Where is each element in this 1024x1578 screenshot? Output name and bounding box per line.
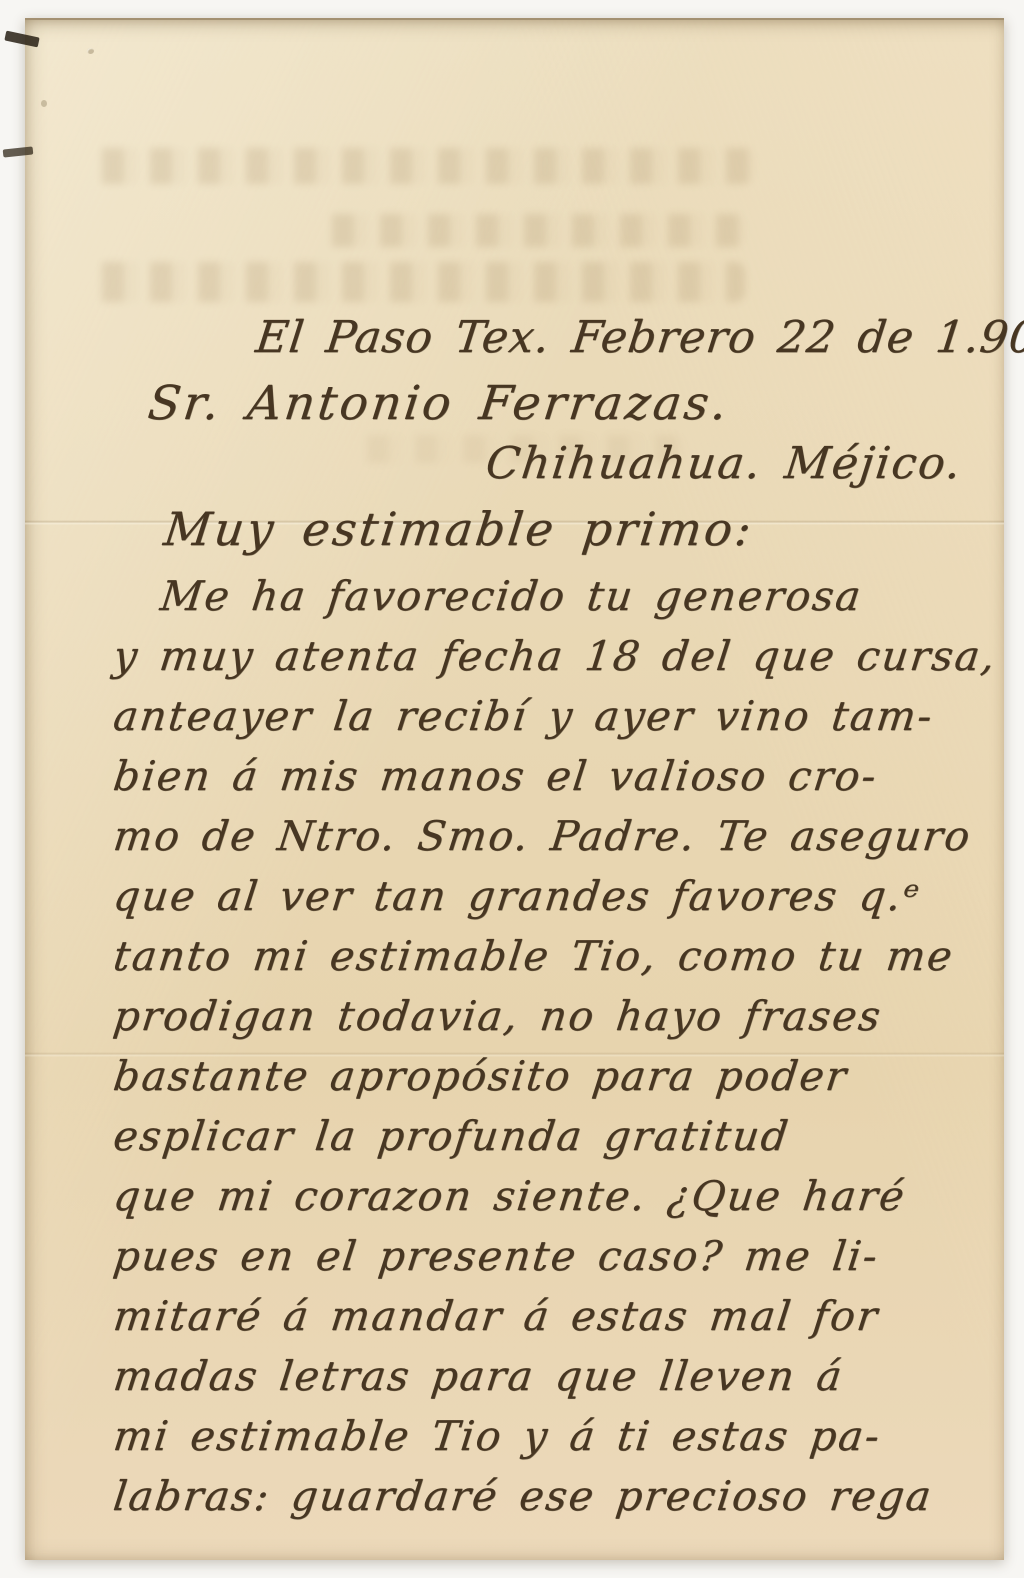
letter-line-text: bastante apropósito para poder [110, 1046, 851, 1106]
letter-body: Me ha favorecido tu generosa y muy atent… [25, 566, 1004, 1526]
letter-line: bien á mis manos el valioso cro- [25, 746, 1004, 806]
letter-line-text: que al ver tan grandes favores q.ᵉ [110, 866, 924, 926]
letter-line: que al ver tan grandes favores q.ᵉ [25, 866, 1004, 926]
letter-line-text: que mi corazon siente. ¿Que haré [110, 1166, 909, 1226]
dateline-text: El Paso Tex. Febrero 22 de 1.901 [253, 312, 1024, 363]
letter-line-text: Me ha favorecido tu generosa [157, 566, 866, 626]
letter-line: tanto mi estimable Tio, como tu me [25, 926, 1004, 986]
paper-flaw [87, 48, 94, 54]
letter-recipient-location: Chihuahua. Méjico. [483, 438, 959, 489]
letter-line: que mi corazon siente. ¿Que haré [25, 1166, 1004, 1226]
scan-edge-mark [3, 146, 34, 157]
letter-dateline: El Paso Tex. Febrero 22 de 1.901 [253, 312, 1024, 363]
letter-line: prodigan todavia, no hayo frases [25, 986, 1004, 1046]
letter-line-text: esplicar la profunda gratitud [110, 1106, 793, 1166]
letter-line: bastante apropósito para poder [25, 1046, 1004, 1106]
letter-line-text: bien á mis manos el valioso cro- [110, 746, 881, 806]
letter-line-text: prodigan todavia, no hayo frases [110, 986, 885, 1046]
letter-line-text: y muy atenta fecha 18 del que cursa, [110, 626, 1000, 686]
ink-bleedthrough-band [90, 148, 755, 184]
letter-recipient: Sr. Antonio Ferrazas. [145, 376, 726, 431]
letter-line: y muy atenta fecha 18 del que cursa, [25, 626, 1004, 686]
location-text: Chihuahua. Méjico. [483, 438, 965, 489]
letter-page: El Paso Tex. Febrero 22 de 1.901 Sr. Ant… [25, 18, 1004, 1560]
letter-line: mitaré á mandar á estas mal for [25, 1286, 1004, 1346]
recipient-text: Sr. Antonio Ferrazas. [145, 376, 733, 431]
letter-line-text: anteayer la recibí y ayer vino tam- [110, 686, 937, 746]
letter-line: esplicar la profunda gratitud [25, 1106, 1004, 1166]
letter-line-text: labras: guardaré ese precioso rega [110, 1466, 936, 1526]
letter-line: madas letras para que lleven á [25, 1346, 1004, 1406]
letter-line: anteayer la recibí y ayer vino tam- [25, 686, 1004, 746]
salutation-text: Muy estimable primo: [161, 502, 757, 556]
letter-line-text: pues en el presente caso? me li- [110, 1226, 882, 1286]
letter-line: mo de Ntro. Smo. Padre. Te aseguro [25, 806, 1004, 866]
letter-line-text: tanto mi estimable Tio, como tu me [110, 926, 957, 986]
letter-line-text: mi estimable Tio y á ti estas pa- [110, 1406, 885, 1466]
letter-line: mi estimable Tio y á ti estas pa- [25, 1406, 1004, 1466]
letter-line-text: mitaré á mandar á estas mal for [110, 1286, 882, 1346]
letter-line: pues en el presente caso? me li- [25, 1226, 1004, 1286]
letter-line-text: madas letras para que lleven á [110, 1346, 847, 1406]
letter-line: labras: guardaré ese precioso rega [25, 1466, 1004, 1526]
ink-bleedthrough-band [90, 262, 745, 302]
scan-edge-mark [4, 31, 39, 48]
paper-flaw [41, 100, 47, 107]
letter-line-text: mo de Ntro. Smo. Padre. Te aseguro [110, 806, 975, 866]
letter-line: Me ha favorecido tu generosa [25, 566, 1004, 626]
letter-salutation: Muy estimable primo: [161, 502, 750, 556]
ink-bleedthrough-band [320, 214, 745, 247]
